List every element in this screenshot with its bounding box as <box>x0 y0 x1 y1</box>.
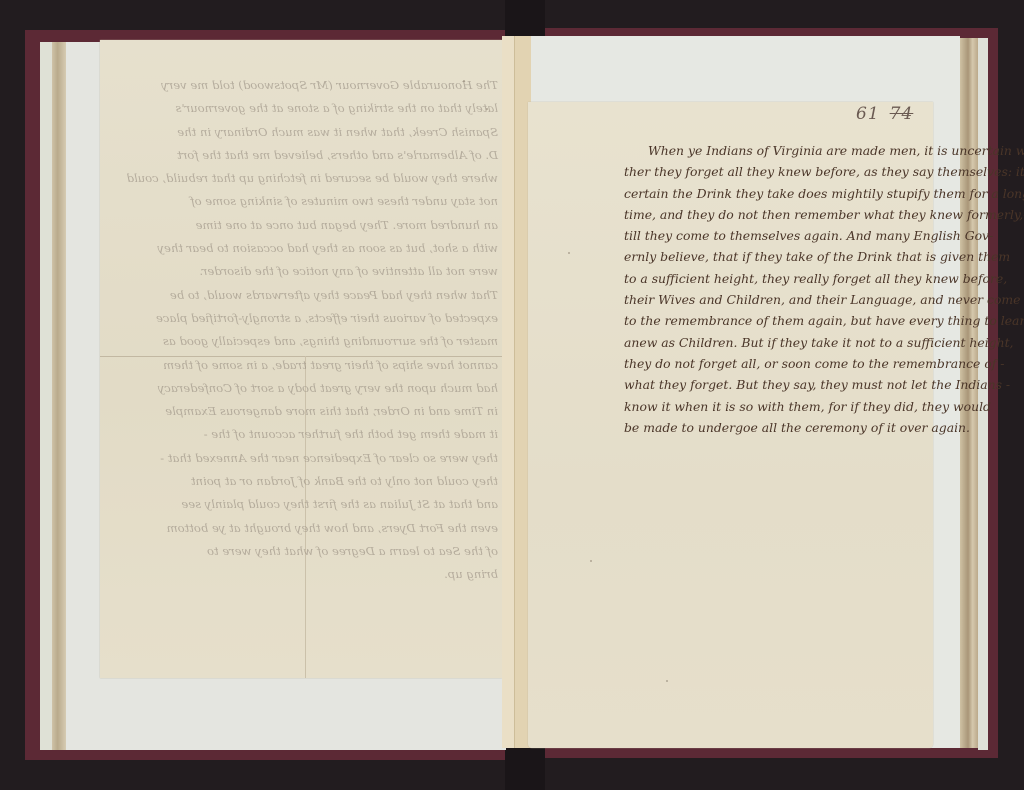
left-page-bleed-through-text: The Honourable Governour (Mr Spotswood) … <box>108 74 498 587</box>
text-line: be made to undergoe all the ceremony of … <box>624 417 924 438</box>
folio-number: 6174 <box>856 104 913 124</box>
bleed-line: bring up. <box>108 563 498 586</box>
left-page-stub <box>52 42 66 750</box>
bleed-line: had much upon the very great body a sort… <box>108 377 498 400</box>
text-line: their Wives and Children, and their Lang… <box>624 289 924 310</box>
bleed-line: Spanish Creek, that when it was much Ord… <box>108 121 498 144</box>
folio-number-struck: 74 <box>890 104 914 124</box>
bleed-line: cannot have ships of their great trade, … <box>108 354 498 377</box>
text-line: When ye Indians of Virginia are made men… <box>624 140 924 161</box>
text-line: to a sufficient height, they really forg… <box>624 268 924 289</box>
text-line: ther they forget all they knew before, a… <box>624 161 924 182</box>
bleed-line: they could not only to the Bank of Jorda… <box>108 470 498 493</box>
text-line: they do not forget all, or soon come to … <box>624 353 924 374</box>
text-line: ernly believe, that if they take of the … <box>624 246 924 267</box>
bleed-line: of the Sea to learn a Degree of what the… <box>108 540 498 563</box>
bleed-line: master of the surrounding things, and es… <box>108 330 498 353</box>
bleed-line: it made them get both the further accoun… <box>108 423 498 446</box>
bleed-line: an hundred more. They began but once at … <box>108 214 498 237</box>
bleed-line: lately that on the striking of a stone a… <box>108 97 498 120</box>
bleed-line: where they would be secured in fetching … <box>108 167 498 190</box>
text-line: anew as Children. But if they take it no… <box>624 332 924 353</box>
text-line: to the remembrance of them again, but ha… <box>624 310 924 331</box>
bleed-line: were not all attentive of any notice of … <box>108 260 498 283</box>
right-page-text: When ye Indians of Virginia are made men… <box>624 140 924 438</box>
bleed-line: in Time and in Order, that this more dan… <box>108 400 498 423</box>
bleed-line: D. of Albemarle's and others, believed m… <box>108 144 498 167</box>
bleed-line: and that at St Julian as the first they … <box>108 493 498 516</box>
text-line: till they come to themselves again. And … <box>624 225 924 246</box>
gutter-strip-left <box>502 36 514 748</box>
bleed-line: even the Fort Dyers, and how they brough… <box>108 517 498 540</box>
bleed-line: expected of various their effects, a str… <box>108 307 498 330</box>
text-line: know it when it is so with them, for if … <box>624 396 924 417</box>
bleed-line: That when they had Peace they afterwards… <box>108 284 498 307</box>
bleed-line: not stay under these two minutes of sink… <box>108 190 498 213</box>
bleed-line: with a shot, but as soon as they had occ… <box>108 237 498 260</box>
text-line: what they forget. But they say, they mus… <box>624 374 924 395</box>
bleed-line: they were so clear of Expedience near th… <box>108 447 498 470</box>
folio-number-current: 61 <box>856 104 880 124</box>
bleed-line: The Honourable Governour (Mr Spotswood) … <box>108 74 498 97</box>
text-line: time, and they do not then remember what… <box>624 204 924 225</box>
text-line: certain the Drink they take does mightil… <box>624 183 924 204</box>
